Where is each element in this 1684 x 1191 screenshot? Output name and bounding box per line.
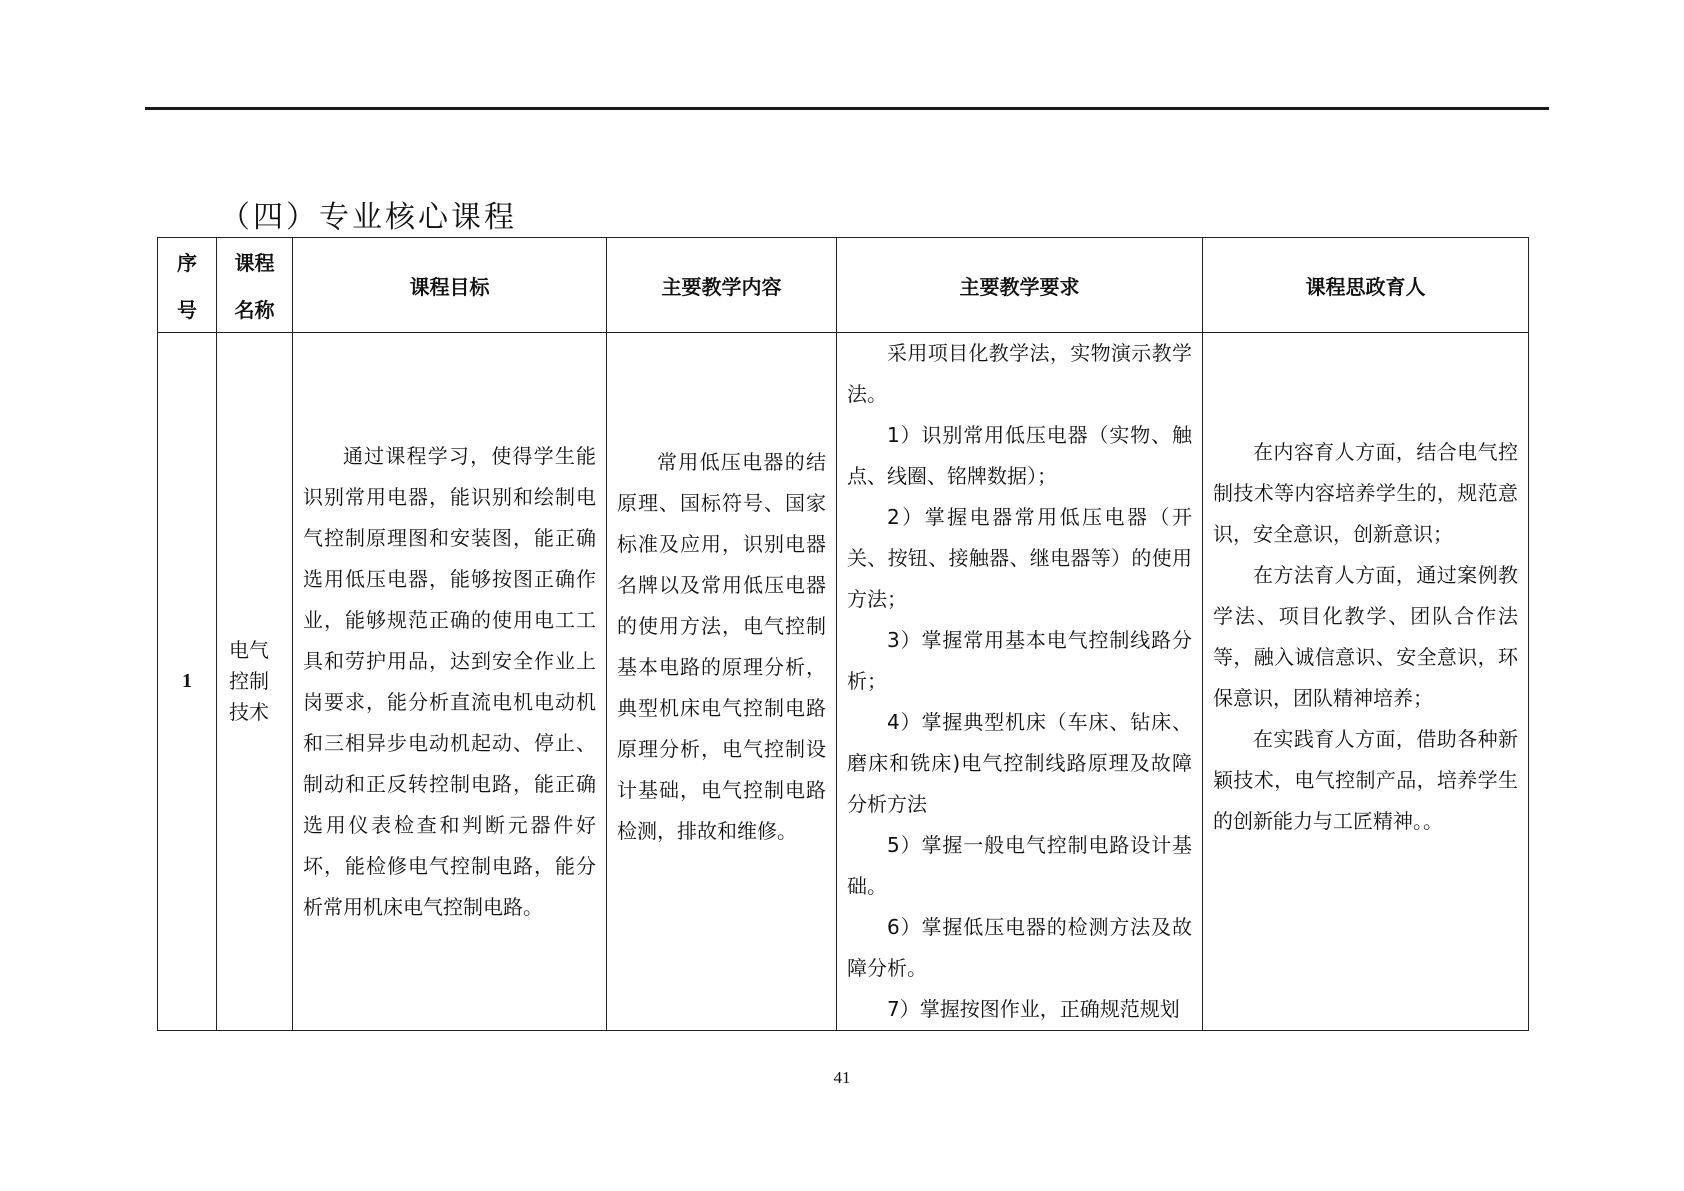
- cell-index: 1: [158, 333, 217, 1031]
- requirement-item: 2）掌握电器常用低压电器（开关、按钮、接触器、继电器等）的使用方法；: [847, 497, 1192, 620]
- header-index: 序 号: [158, 238, 217, 333]
- cell-course-name: 电气 控制 技术: [217, 333, 293, 1031]
- requirement-item: 4）掌握典型机床（车床、钻床、磨床和铣床)电气控制线路原理及故障分析方法: [847, 702, 1192, 825]
- cell-objectives: 通过课程学习，使得学生能识别常用电器，能识别和绘制电气控制原理图和安装图，能正确…: [293, 333, 607, 1031]
- page-number: 41: [0, 1068, 1684, 1088]
- section-title: （四）专业核心课程: [220, 192, 517, 236]
- requirement-item: 5）掌握一般电气控制电路设计基础。: [847, 825, 1192, 907]
- header-course-name-line1: 课程: [235, 247, 275, 276]
- header-content: 主要教学内容: [607, 238, 837, 333]
- header-index-line1: 序: [177, 247, 197, 276]
- course-name-line: 电气: [229, 635, 292, 666]
- header-course-name-line2: 名称: [235, 294, 275, 323]
- objectives-text: 通过课程学习，使得学生能识别常用电器，能识别和绘制电气控制原理图和安装图，能正确…: [303, 436, 596, 928]
- table-header-row: 序 号 课程 名称 课程目标 主要教学内容 主要教学要求 课程思政育人: [158, 238, 1529, 333]
- header-requirements: 主要教学要求: [837, 238, 1203, 333]
- cell-content: 常用低压电器的结原理、国标符号、国家标准及应用，识别电器名牌以及常用低压电器的使…: [607, 333, 837, 1031]
- header-objectives: 课程目标: [293, 238, 607, 333]
- requirement-item: 采用项目化教学法，实物演示教学法。: [847, 333, 1192, 415]
- core-courses-table: 序 号 课程 名称 课程目标 主要教学内容 主要教学要求 课程思政育人 1 电气: [157, 237, 1529, 1031]
- ideology-paragraph: 在内容育人方面，结合电气控制技术等内容培养学生的，规范意识，安全意识，创新意识；: [1213, 432, 1518, 555]
- ideology-paragraph: 在方法育人方面，通过案例教学法、项目化教学、团队合作法等，融入诚信意识、安全意识…: [1213, 555, 1518, 719]
- requirement-item: 6）掌握低压电器的检测方法及故障分析。: [847, 907, 1192, 989]
- course-name-line: 控制: [229, 666, 292, 697]
- requirement-item: 3）掌握常用基本电气控制线路分析；: [847, 620, 1192, 702]
- requirement-item: 1）识别常用低压电器（实物、触点、线圈、铭牌数据）；: [847, 415, 1192, 497]
- requirement-item: 7）掌握按图作业，正确规范规划: [847, 989, 1192, 1030]
- cell-requirements: 采用项目化教学法，实物演示教学法。 1）识别常用低压电器（实物、触点、线圈、铭牌…: [837, 333, 1203, 1031]
- header-course-name: 课程 名称: [217, 238, 293, 333]
- header-rule: [145, 107, 1549, 110]
- ideology-paragraph: 在实践育人方面，借助各种新颖技术，电气控制产品，培养学生的创新能力与工匠精神。。: [1213, 719, 1518, 842]
- header-index-line2: 号: [177, 294, 197, 323]
- cell-ideology: 在内容育人方面，结合电气控制技术等内容培养学生的，规范意识，安全意识，创新意识；…: [1203, 333, 1529, 1031]
- header-ideology: 课程思政育人: [1203, 238, 1529, 333]
- course-name-line: 技术: [229, 697, 292, 728]
- table-row: 1 电气 控制 技术 通过课程学习，使得学生能识别常用电器，能识别和绘制电气控制…: [158, 333, 1529, 1031]
- content-text: 常用低压电器的结原理、国标符号、国家标准及应用，识别电器名牌以及常用低压电器的使…: [617, 442, 826, 852]
